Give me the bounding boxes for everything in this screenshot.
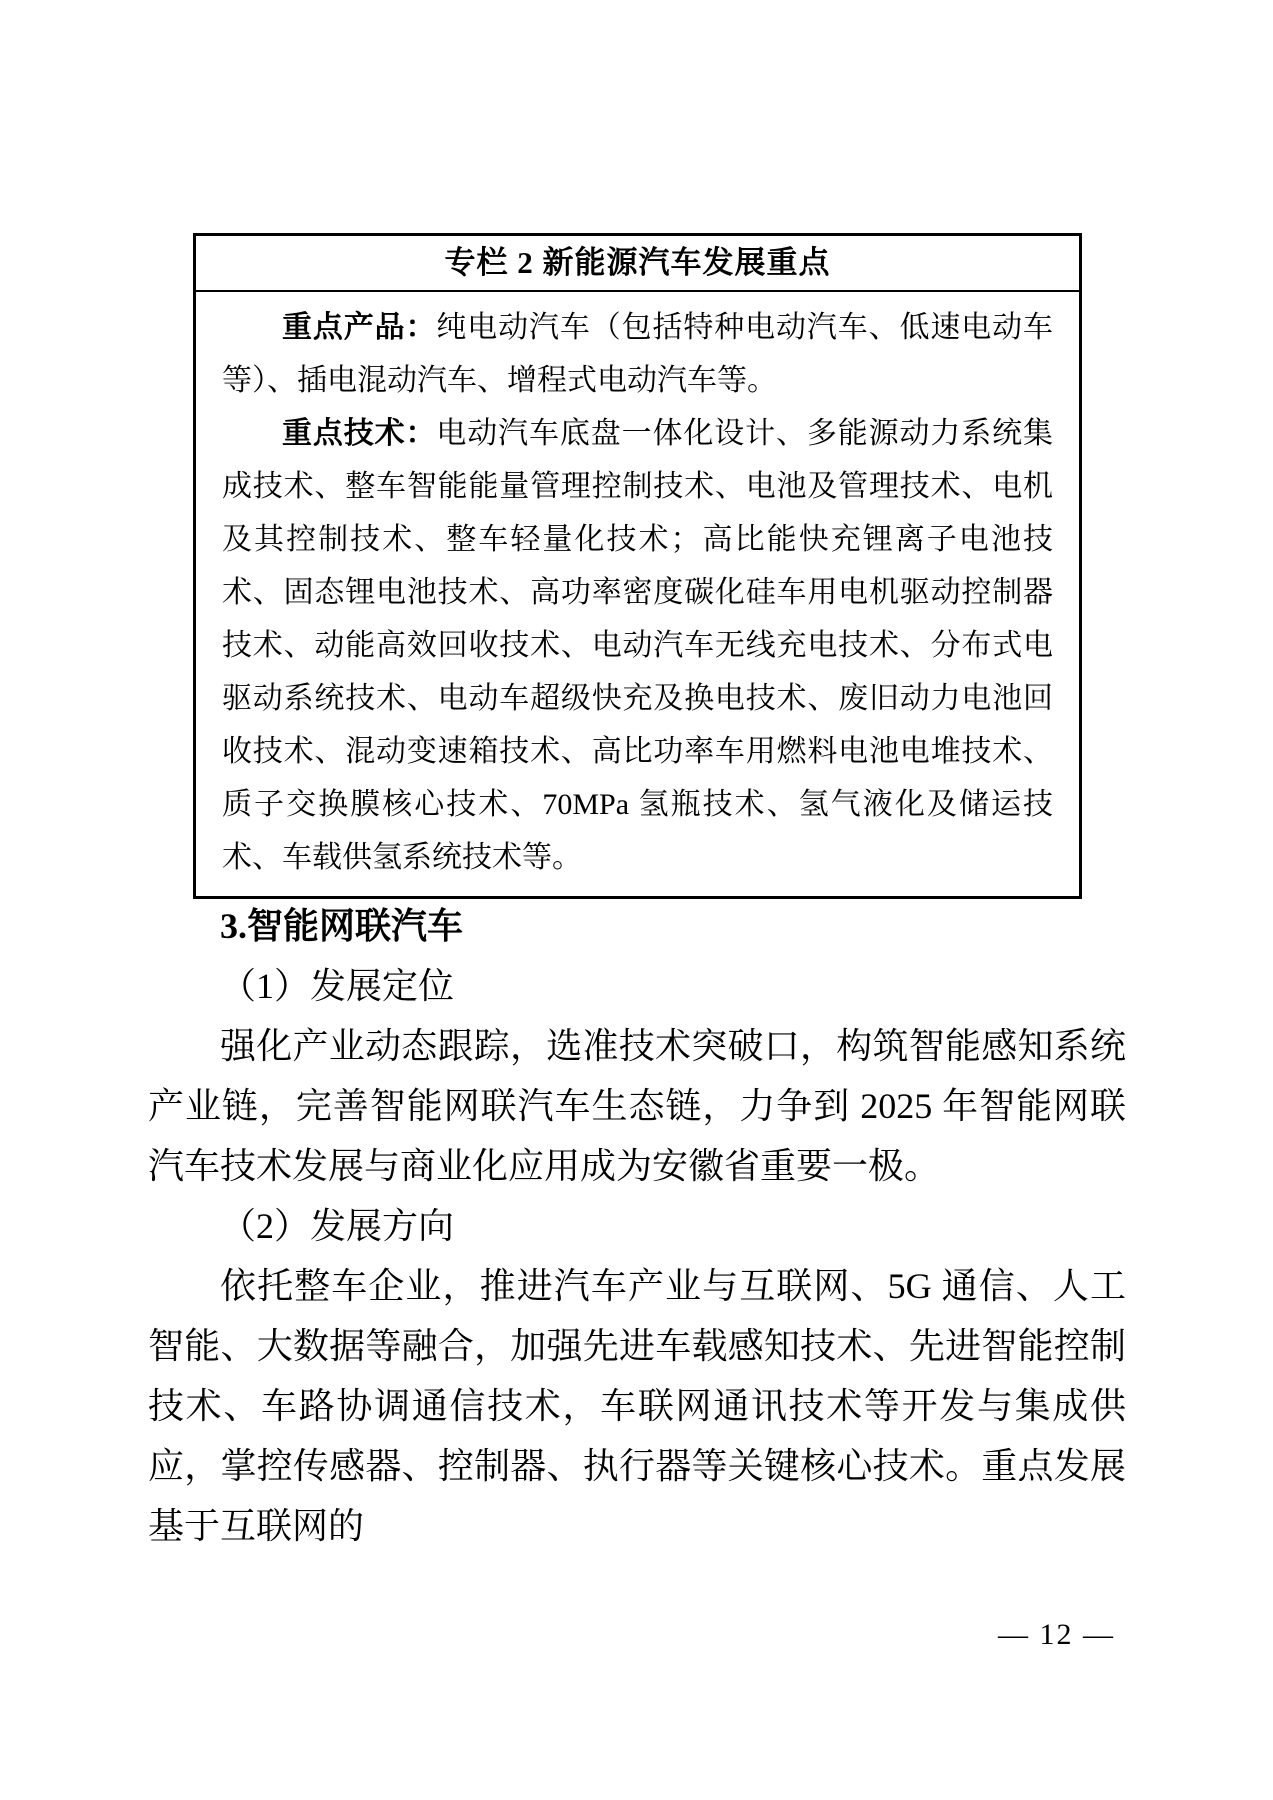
paragraph-development-direction: 依托整车企业，推进汽车产业与互联网、5G 通信、人工智能、大数据等融合，加强先进…: [148, 1256, 1126, 1556]
key-products-label: 重点产品：: [282, 311, 436, 344]
key-technologies-text: 电动汽车底盘一体化设计、多能源动力系统集成技术、整车智能能量管理控制技术、电池及…: [222, 417, 1053, 874]
panel-body: 重点产品：纯电动汽车（包括特种电动汽车、低速电动车等）、插电混动汽车、增程式电动…: [196, 292, 1079, 896]
main-content: 3.智能网联汽车 （1）发展定位 强化产业动态跟踪，选准技术突破口，构筑智能感知…: [148, 896, 1126, 1556]
paragraph-development-position: 强化产业动态跟踪，选准技术突破口，构筑智能感知系统产业链，完善智能网联汽车生态链…: [148, 1016, 1126, 1196]
panel-title: 专栏 2 新能源汽车发展重点: [196, 236, 1079, 292]
panel-paragraph-key-products: 重点产品：纯电动汽车（包括特种电动汽车、低速电动车等）、插电混动汽车、增程式电动…: [222, 301, 1053, 407]
feature-panel: 专栏 2 新能源汽车发展重点 重点产品：纯电动汽车（包括特种电动汽车、低速电动车…: [193, 233, 1082, 899]
subsection-heading-development-position: （1）发展定位: [148, 956, 1126, 1016]
document-page: 专栏 2 新能源汽车发展重点 重点产品：纯电动汽车（包括特种电动汽车、低速电动车…: [0, 0, 1273, 1800]
section-heading: 3.智能网联汽车: [148, 896, 1126, 956]
key-technologies-label: 重点技术：: [282, 417, 436, 450]
page-number: — 12 —: [998, 1618, 1115, 1652]
panel-paragraph-key-technologies: 重点技术：电动汽车底盘一体化设计、多能源动力系统集成技术、整车智能能量管理控制技…: [222, 407, 1053, 884]
subsection-heading-development-direction: （2）发展方向: [148, 1196, 1126, 1256]
